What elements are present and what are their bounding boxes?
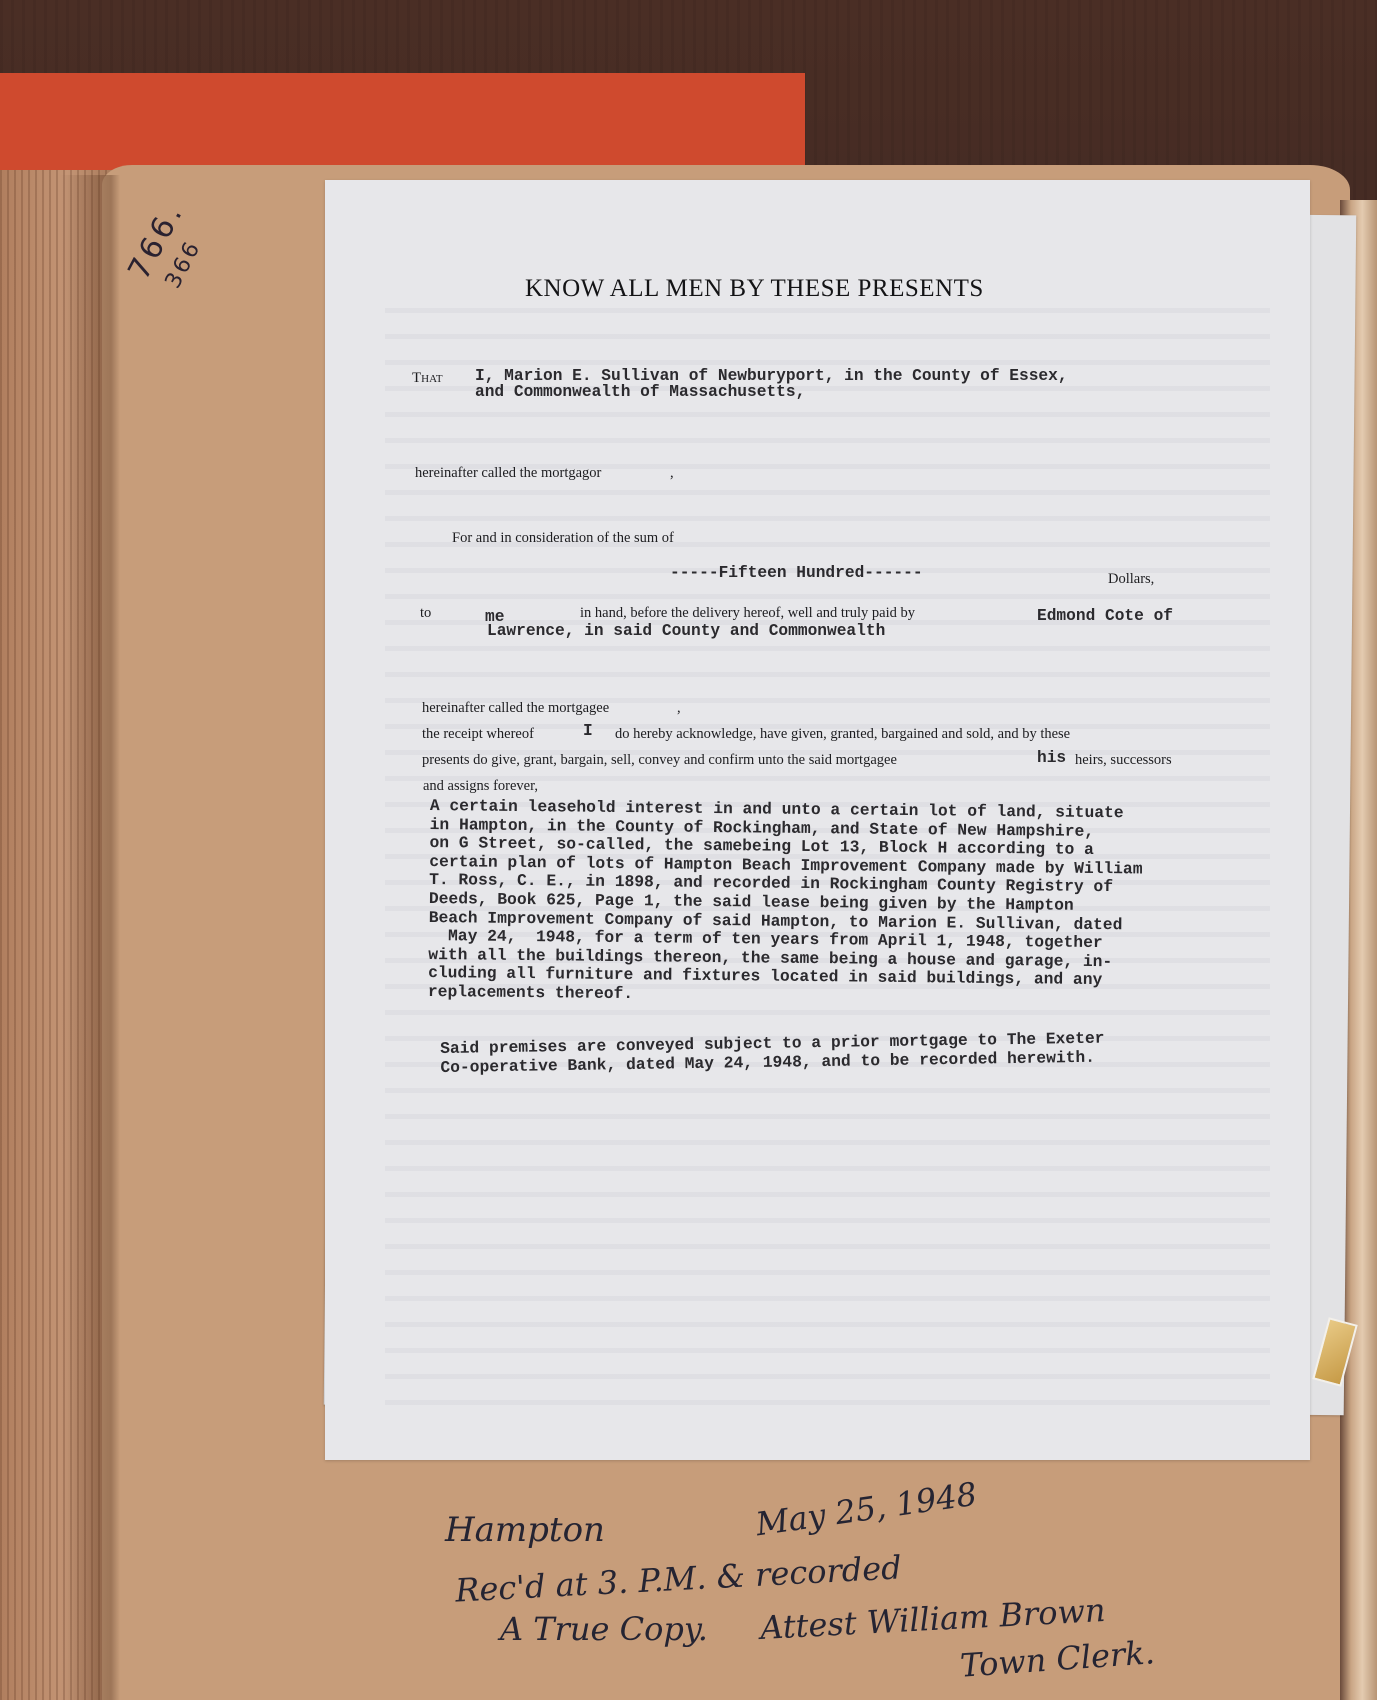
mortgagor-label: hereinafter called the mortgagor [415, 465, 601, 482]
presents-suffix: heirs, successors [1075, 752, 1172, 769]
sum-amount: -----Fifteen Hundred------ [670, 563, 923, 583]
mortgage-deed-sheet: KNOW ALL MEN BY THESE PRESENTS That I, M… [325, 180, 1310, 1460]
mortgagee-comma: , [677, 700, 681, 717]
assigns-label: and assigns forever, [423, 778, 538, 795]
property-description: A certain leasehold interest in and unto… [428, 797, 1143, 1009]
mortgagee-name-line2: Lawrence, in said County and Commonwealt… [487, 621, 885, 641]
ledger-spine-shadow [60, 175, 120, 1700]
dollars-label: Dollars, [1108, 571, 1154, 588]
receipt-suffix: do hereby acknowledge, have given, grant… [615, 726, 1070, 743]
mortgagor-comma: , [670, 465, 674, 482]
recording-place: Hampton [445, 1510, 605, 1550]
presents-pronoun: his [1037, 748, 1066, 768]
grantor-text-line2: and Commonwealth of Massachusetts, [475, 382, 805, 402]
mortgagee-label: hereinafter called the mortgagee [422, 700, 609, 717]
grantor-label: That [412, 370, 443, 387]
to-label: to [420, 605, 431, 622]
receipt-prefix: the receipt whereof [422, 726, 534, 743]
mortgagee-name-line1: Edmond Cote of [1037, 606, 1173, 626]
true-copy-label: A True Copy. [500, 1610, 708, 1648]
paid-by-label: in hand, before the delivery hereof, wel… [580, 605, 915, 622]
consideration-label: For and in consideration of the sum of [452, 530, 674, 547]
receipt-pronoun: I [583, 721, 593, 741]
deed-title: KNOW ALL MEN BY THESE PRESENTS [525, 275, 984, 303]
presents-prefix: presents do give, grant, bargain, sell, … [422, 752, 897, 769]
